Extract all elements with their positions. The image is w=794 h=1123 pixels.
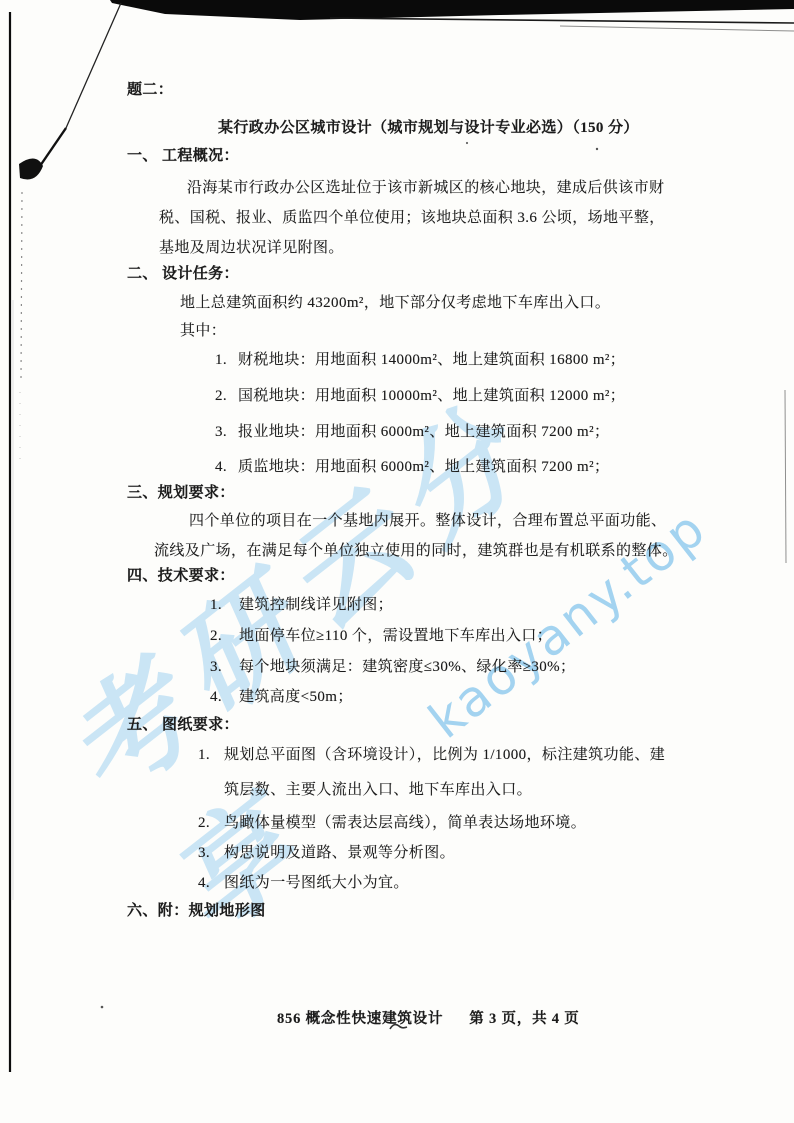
list-item-number: 2. [198,815,224,832]
question-label: 题二： [127,78,173,99]
page-footer: 856 概念性快速建筑设计第 3 页，共 4 页 [277,1007,580,1028]
paragraph-line: 沿海某市行政办公区选址位于该市新城区的核心地块，建成后供该市财 [187,176,664,197]
list-item-text: 构思说明及道路、景观等分析图。 [224,845,455,861]
list-item-text: 财税地块：用地面积 14000m²、地上建筑面积 16800 m²； [238,352,625,368]
scan-speck [101,1006,104,1009]
footer-page-number: 第 3 页，共 4 页 [469,1011,579,1027]
list-item-number: 3. [215,424,238,441]
list-item: 2.鸟瞰体量模型（需表达层高线），简单表达场地环境。 [198,811,586,832]
list-item-text: 建筑控制线详见附图； [239,597,393,613]
scan-blob [19,158,43,179]
list-item: 3.构思说明及道路、景观等分析图。 [198,841,455,862]
list-item-text: 地面停车位≥110 个，需设置地下车库出入口； [239,628,552,644]
list-item-number: 4. [210,689,239,706]
list-item-text: 国税地块：用地面积 10000m²、地上建筑面积 12000 m²； [238,388,625,404]
list-item-number: 2. [210,628,239,645]
section-heading-technical: 四、技术要求： [127,564,235,585]
list-item-text: 鸟瞰体量模型（需表达层高线），简单表达场地环境。 [224,815,586,831]
list-item-text: 规划总平面图（含环境设计），比例为 1/1000，标注建筑功能、建 [224,747,665,763]
list-item-text: 质监地块：用地面积 6000m²、地上建筑面积 7200 m²； [238,459,609,475]
list-item-text: 每个地块须满足：建筑密度≤30%、绿化率≥30%； [239,659,575,675]
list-item: 3.报业地块：用地面积 6000m²、地上建筑面积 7200 m²； [215,420,609,441]
scanned-exam-page: 考研云分享 kaoyany.top 题二： 某行政办公区城市设计（城市规划与设计… [0,0,794,1123]
paragraph-line: 其中： [180,319,226,340]
list-item-number: 3. [198,845,224,862]
scan-speck [466,142,468,144]
list-item-number: 2. [215,388,238,405]
scan-speck [596,148,598,150]
scan-edge-top-band [110,0,794,20]
page-edge-right-crease [785,390,786,563]
list-item-number: 1. [210,597,239,614]
list-item-number: 1. [198,747,224,764]
list-item-number: 1. [215,352,238,369]
scan-edge-line [330,18,794,23]
list-item-number: 4. [215,459,238,476]
section-heading-overview: 一、 工程概况： [127,144,239,165]
section-heading-tasks: 二、 设计任务： [127,262,239,283]
list-item-number: 3. [210,659,239,676]
list-item: 4.质监地块：用地面积 6000m²、地上建筑面积 7200 m²； [215,455,609,476]
list-item: 1.建筑控制线详见附图； [210,593,393,614]
section-heading-planning: 三、规划要求： [127,481,235,502]
scan-edge-line-faint [560,26,794,31]
list-item: 4.建筑高度<50m； [210,685,353,706]
paragraph-line: 基地及周边状况详见附图。 [159,236,344,257]
exam-title: 某行政办公区城市设计（城市规划与设计专业必选）（150 分） [218,116,639,137]
list-item: 1.规划总平面图（含环境设计），比例为 1/1000，标注建筑功能、建 [198,743,665,764]
page-corner-diagonal [66,3,121,128]
list-item: 1.财税地块：用地面积 14000m²、地上建筑面积 16800 m²； [215,348,625,369]
list-item: 2.地面停车位≥110 个，需设置地下车库出入口； [210,624,552,645]
list-item: 3.每个地块须满足：建筑密度≤30%、绿化率≥30%； [210,655,575,676]
paragraph-line: 四个单位的项目在一个基地内展开。整体设计，合理布置总平面功能、 [189,509,666,530]
list-item-number: 4. [198,875,224,892]
list-item-text: 图纸为一号图纸大小为宜。 [224,875,409,891]
list-item: 4.图纸为一号图纸大小为宜。 [198,871,409,892]
list-item-text: 建筑高度<50m； [239,689,353,705]
section-heading-drawings: 五、 图纸要求： [127,713,239,734]
page-corner-diagonal-thick [40,128,66,166]
paragraph-line: 地上总建筑面积约 43200m²，地下部分仅考虑地下车库出入口。 [180,291,610,312]
list-item: 2.国税地块：用地面积 10000m²、地上建筑面积 12000 m²； [215,384,625,405]
list-item-text: 报业地块：用地面积 6000m²、地上建筑面积 7200 m²； [238,424,609,440]
section-heading-attachment: 六、附：规划地形图 [127,899,266,920]
list-item-continuation: 筑层数、主要人流出入口、地下车库出入口。 [224,778,532,799]
scan-artifacts [0,0,794,1123]
paragraph-line: 流线及广场，在满足每个单位独立使用的同时，建筑群也是有机联系的整体。 [154,539,678,560]
footer-course-title: 856 概念性快速建筑设计 [277,1011,443,1027]
scan-dotted-trail [21,192,22,380]
paragraph-line: 税、国税、报业、质监四个单位使用；该地块总面积 3.6 公顷，场地平整， [159,206,665,227]
